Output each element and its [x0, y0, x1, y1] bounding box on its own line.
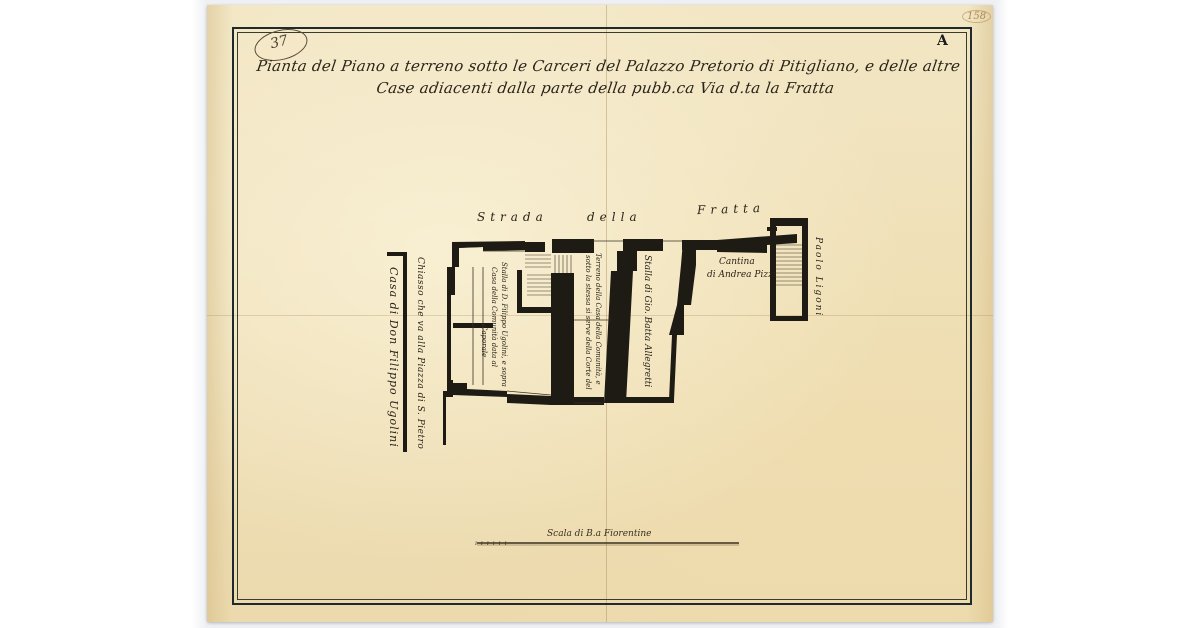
map-sheet: 37 158 A Pianta del Piano a terreno sott… — [207, 5, 993, 622]
paolo-ligoni-label: Paolo Ligoni — [813, 237, 823, 317]
street-label-strada: Strada — [477, 210, 548, 224]
room-2-label-a: Terreno della Casa della Comunità, e — [594, 253, 602, 393]
room-1-label-c: Caporale — [480, 325, 488, 357]
room-4-label-a: Cantina — [719, 257, 755, 267]
west-wall — [443, 242, 483, 445]
room-3-label: Stalla di Gio. Batta Allegretti — [642, 255, 652, 395]
room-1-label-a: Stalla di D. Filippo Ugolini, e sopra — [500, 262, 508, 390]
house-ugolini-label: Casa di Don Filippo Ugolini — [387, 267, 400, 448]
street-label-fratta: Fratta — [697, 201, 765, 217]
lane-label: Chiasso che va alla Piazza di S. Pietro — [415, 257, 425, 449]
interior-wall-1 — [551, 273, 574, 405]
room-1-label-b: Casa della Comunità data al — [490, 267, 498, 385]
street-label-della: della — [587, 210, 642, 224]
room-4-label-b: di Andrea Pizzi — [707, 270, 776, 280]
interior-wall-3 — [669, 241, 696, 400]
left-boundary-vertical — [403, 252, 407, 452]
room-2-label-b: sotto la stessa si serve della Corte del — [584, 255, 592, 395]
scale-label: Scala di B.a Fiorentine — [547, 529, 651, 539]
scale-tick-marks: ıııııı — [475, 540, 511, 547]
scale-bar — [477, 543, 739, 545]
interior-wall-2 — [604, 251, 637, 403]
